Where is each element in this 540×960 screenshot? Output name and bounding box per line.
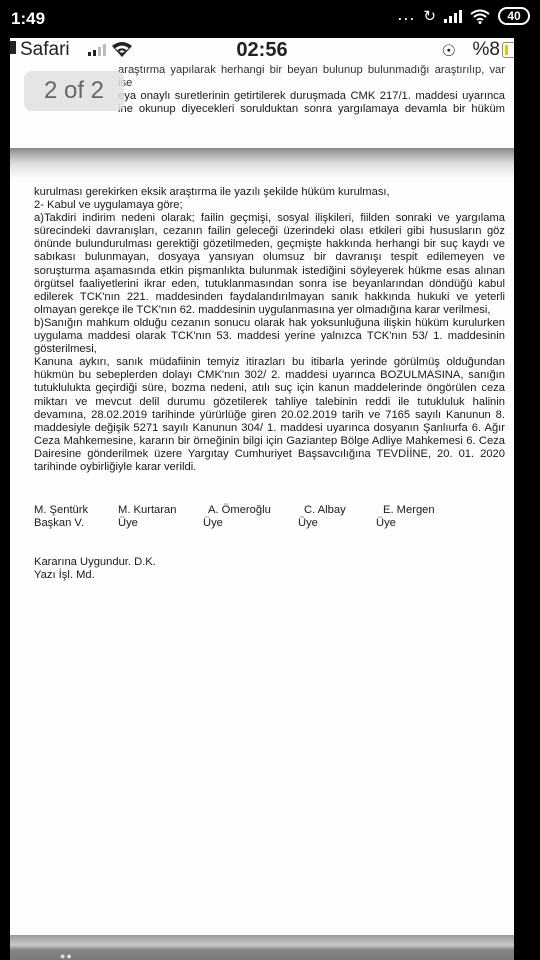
paragraph: Kanuna aykırı, sanık müdafiinin temyiz i…	[34, 356, 505, 474]
text-line: araştırma yapılarak herhangi bir beyan b…	[118, 64, 505, 90]
home-indicator-icon: ●●	[60, 951, 73, 960]
signer-role: Üye	[203, 517, 271, 530]
paragraph: b)Sanığın mahkum olduğu cezanın sonucu o…	[34, 317, 505, 356]
signer-role: Üye	[298, 517, 346, 530]
paragraph: 2- Kabul ve uygulamaya göre;	[34, 199, 505, 212]
signature: E. Mergen Üye	[376, 504, 435, 530]
more-notifications-icon: ...	[397, 5, 415, 23]
rotation-lock-icon: ☉	[442, 41, 456, 61]
paragraph: kurulması gerekirken eksik araştırma ile…	[34, 186, 505, 199]
certification-line: Yazı İşl. Md.	[34, 569, 156, 582]
status-icons: ... ↻ 40	[397, 7, 530, 25]
signer-name: C. Albay	[304, 504, 346, 517]
battery-icon	[502, 42, 514, 58]
signer-role: Başkan V.	[34, 517, 88, 530]
page-counter: 2 of 2	[24, 71, 124, 111]
text-line: eya onaylı suretlerinin getirtilerek dur…	[118, 90, 505, 103]
ios-status-bar: Safari 02:56 ☉ %8	[10, 38, 514, 64]
document-body: kurulması gerekirken eksik araştırma ile…	[34, 186, 505, 474]
text-line: ine okunup diyecekleri sorulduktan sonra…	[118, 103, 505, 116]
wifi-icon	[470, 9, 490, 24]
signature: M. Şentürk Başkan V.	[34, 504, 88, 530]
battery-percent: %8	[473, 39, 500, 61]
page-separator: ●●	[10, 935, 514, 960]
signature: M. Kurtaran Üye	[118, 504, 176, 530]
ios-time: 02:56	[10, 39, 514, 62]
signer-name: A. Ömeroğlu	[208, 504, 271, 517]
battery-icon: 40	[498, 7, 530, 25]
signature: A. Ömeroğlu Üye	[203, 504, 271, 530]
screen-edge	[514, 38, 540, 960]
status-time: 1:49	[11, 9, 45, 29]
sync-icon: ↻	[423, 7, 436, 25]
signer-role: Üye	[376, 517, 435, 530]
paragraph: a)Takdiri indirim nedeni olarak; failin …	[34, 212, 505, 317]
previous-page-text: araştırma yapılarak herhangi bir beyan b…	[118, 64, 505, 116]
certification-line: Kararına Uygundur. D.K.	[34, 556, 156, 569]
page-separator	[10, 148, 514, 178]
document-viewer[interactable]: araştırma yapılarak herhangi bir beyan b…	[10, 38, 514, 960]
signer-name: E. Mergen	[383, 504, 435, 517]
signer-name: M. Kurtaran	[118, 504, 176, 517]
certification-note: Kararına Uygundur. D.K. Yazı İşl. Md.	[34, 556, 156, 582]
signature: C. Albay Üye	[298, 504, 346, 530]
android-status-bar: 1:49 ... ↻ 40	[0, 0, 540, 38]
signer-name: M. Şentürk	[34, 504, 88, 517]
signer-role: Üye	[118, 517, 176, 530]
cellular-signal-icon	[444, 9, 462, 23]
